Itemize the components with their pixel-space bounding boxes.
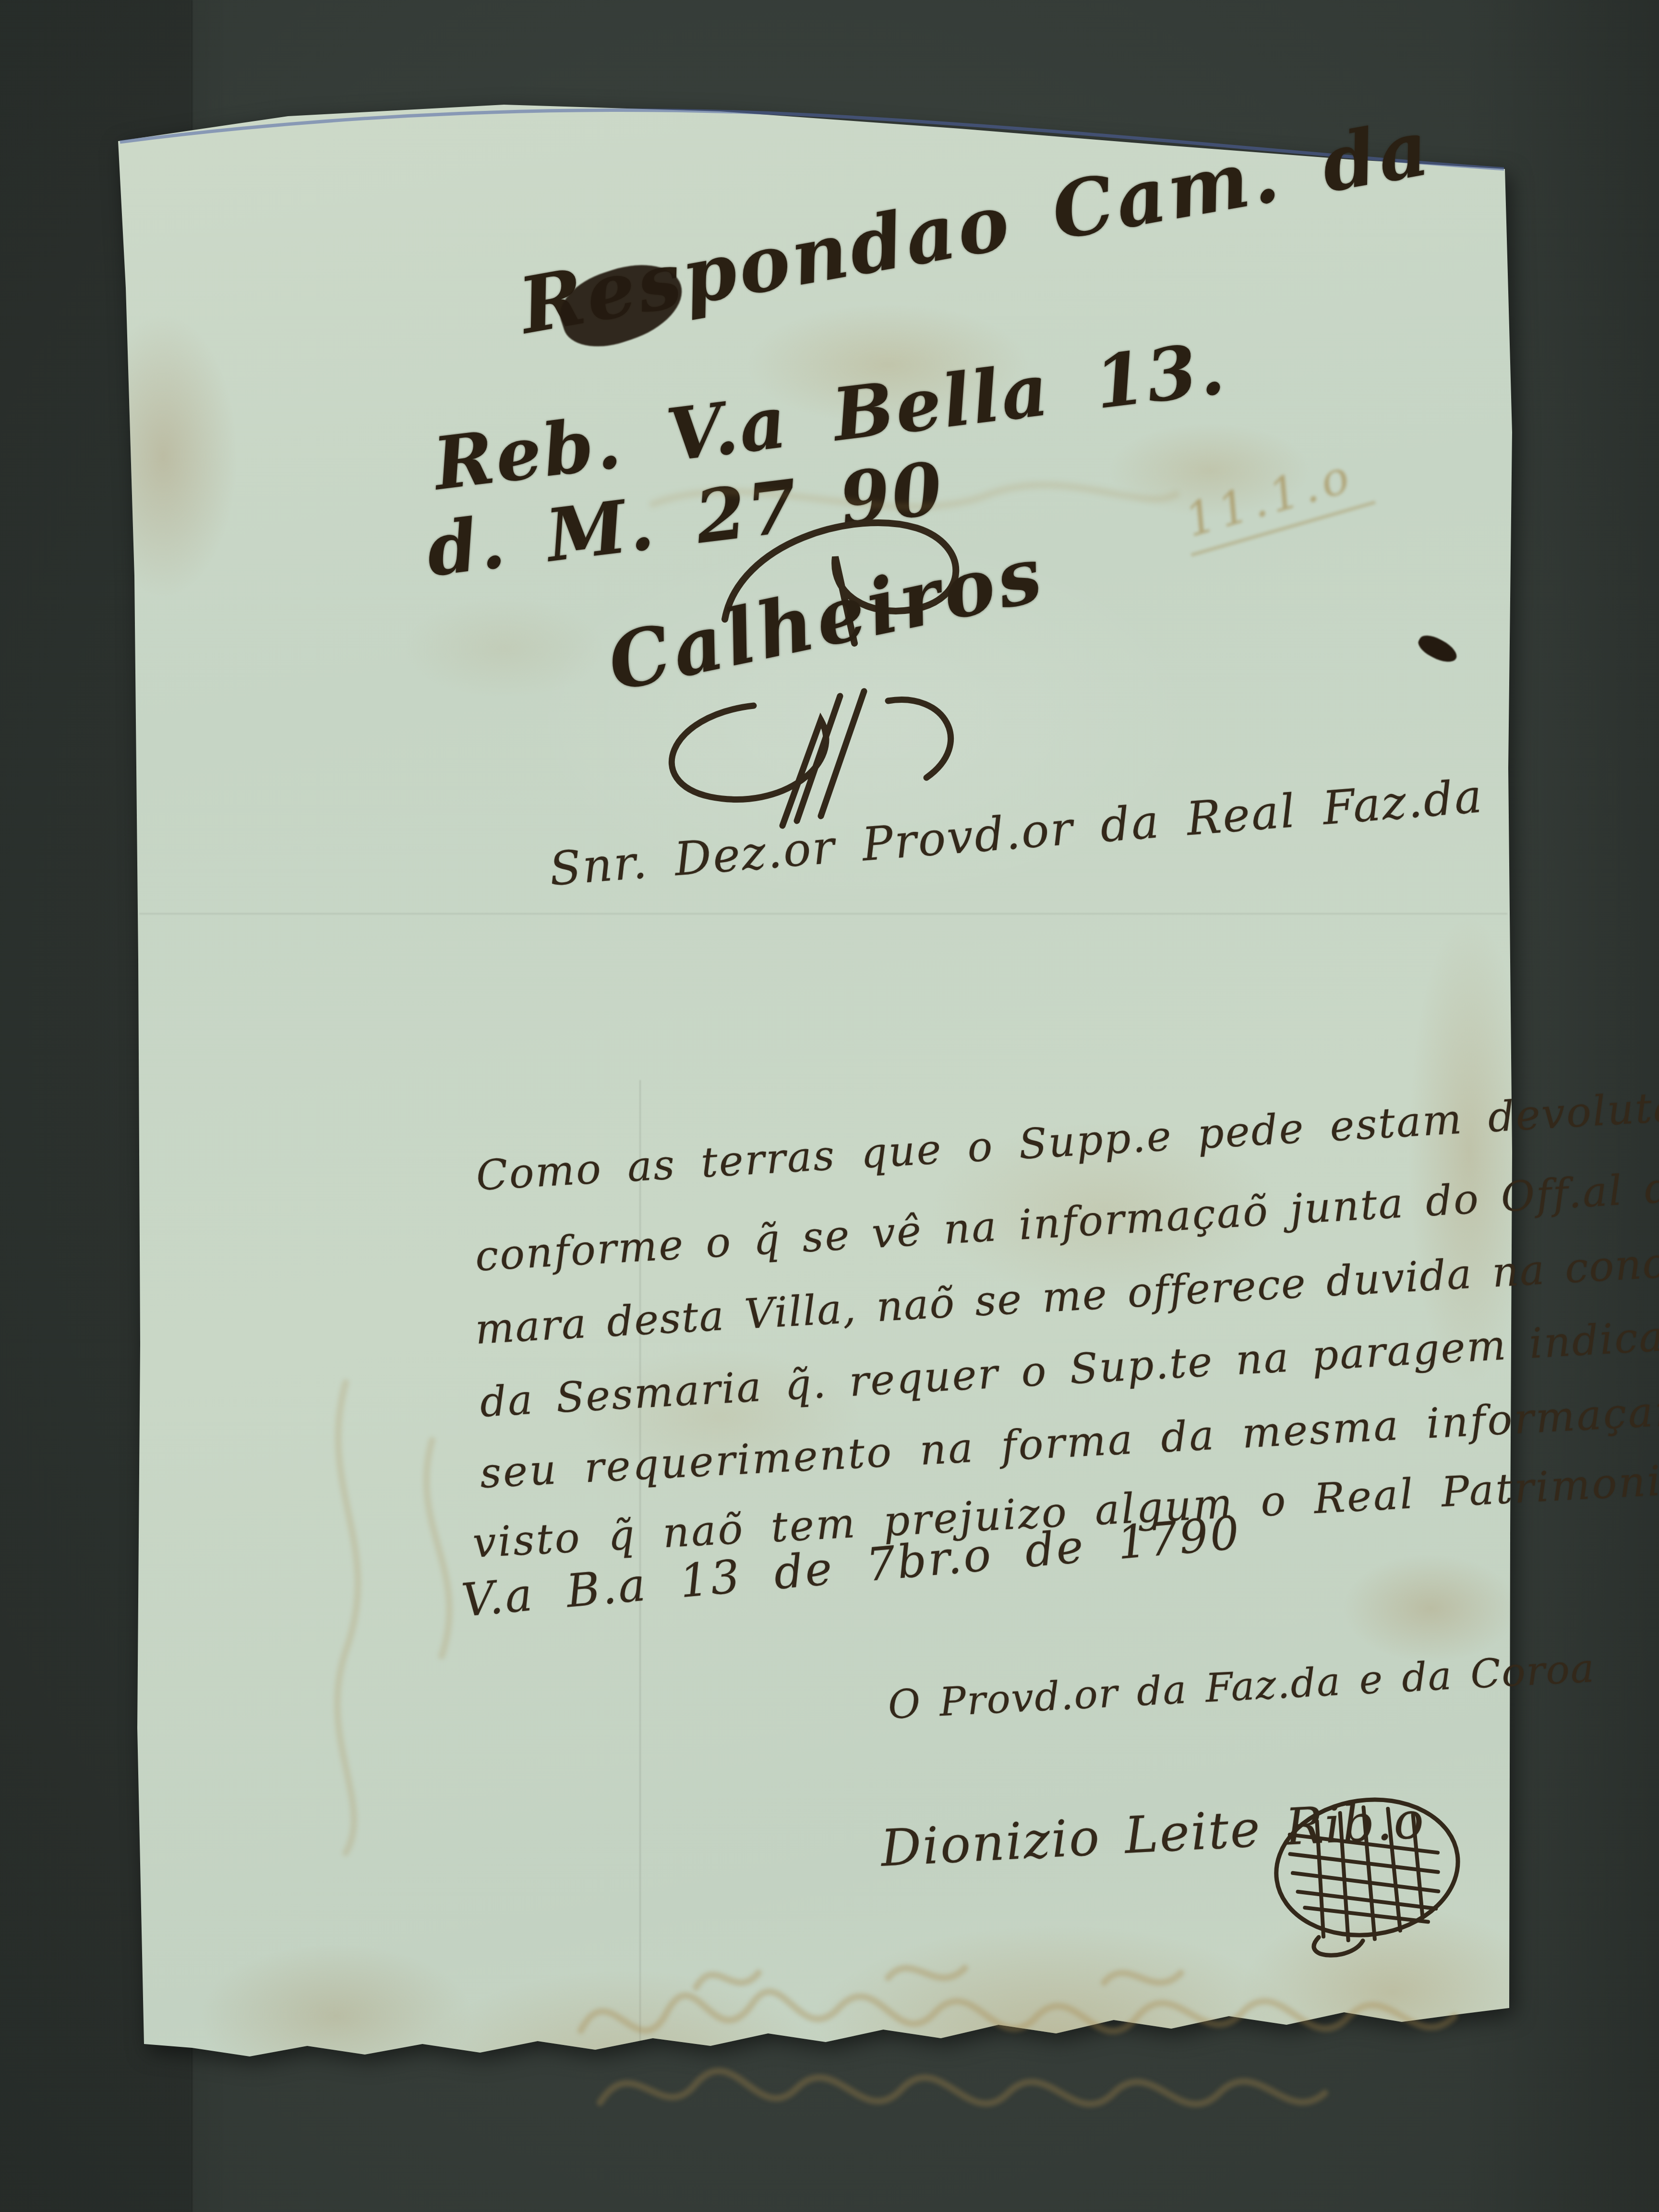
horizontal-fold-crease xyxy=(139,913,1507,914)
bleedthrough-marks-topcenter xyxy=(624,408,1200,600)
bleedthrough-marks-left xyxy=(288,1344,624,1872)
bleedthrough-marks-bottom xyxy=(552,1944,1512,2184)
photographed-manuscript-page: { "document": { "kind": "handwritten man… xyxy=(0,0,1659,2212)
signature-rubric xyxy=(1257,1782,1479,1967)
